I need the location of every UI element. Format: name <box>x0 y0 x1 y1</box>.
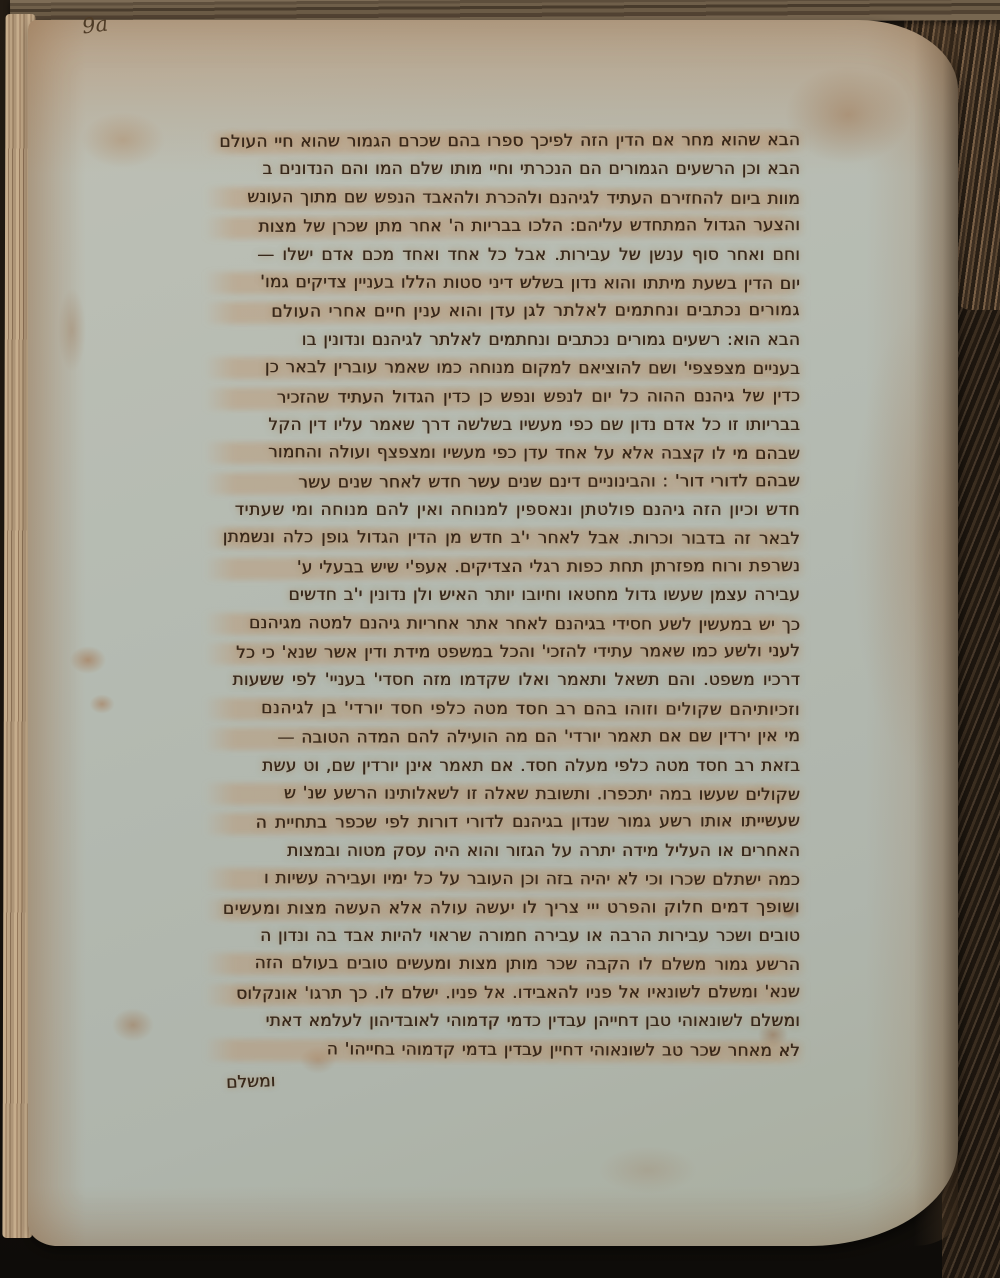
text-line: דרכיו משפט. והם תשאל ותאמר ואלו שקדמו מז… <box>212 666 800 694</box>
folio-number: 9a <box>81 12 110 39</box>
text-line: מי אין ירדין שם אם תאמר יורדי' הם מה הוע… <box>212 722 800 752</box>
text-line: נשרפת ורוח מפזרתן תחת כפות רגלי הצדיקים.… <box>212 552 800 582</box>
text-line: וזכיותיהם שקולים וזוהו בהם רב חסד מטה כל… <box>212 694 800 724</box>
catchword: ומשלם <box>226 1071 276 1093</box>
text-line: הבא שהוא מחר אם הדין הזה לפיכך ספרו בהם … <box>212 126 800 156</box>
text-line: לעני ולשע כמו שאמר עתידי להזכי' והכל במש… <box>212 637 800 667</box>
text-line: שבהם מי לו קצבה אלא על אחד עדן כפי מעשיו… <box>212 438 800 468</box>
text-block: הבא שהוא מחר אם הדין הזה לפיכך ספרו בהם … <box>212 127 800 1064</box>
text-line: הבא וכן הרשעים הגמורים הם הנכרתי וחיי מו… <box>212 155 800 183</box>
text-line: כמה ישתלם שכרו וכי לא יהיה בזה וכן העובר… <box>212 864 800 894</box>
text-line: האחרים או העליל מידה יתרה על הגזור והוא … <box>212 837 800 865</box>
text-line: עבירה עצמן שעשו גדול מחטאו וחיובו יותר ה… <box>212 581 800 609</box>
text-line: לא מאחר שכר טב לשונאוהי דחיין עבדין בדמי… <box>212 1034 800 1064</box>
text-line: כדין של גיהנם ההוה כל יום לנפש ונפש כן כ… <box>212 382 800 412</box>
text-line: הרשע גמור משלם לו הקבה שכר מותן מצות ומע… <box>212 949 800 979</box>
text-line: הבא הוא: רשעים גמורים נכתבים ונחתמים לאל… <box>212 326 800 354</box>
text-line: גמורים נכתבים ונחתמים לאלתר לגן עדן והוא… <box>212 296 800 326</box>
text-line: שבהם לדורי דור' : והבינוניים דינם שנים ע… <box>212 467 800 497</box>
text-line: כך יש במעשין לשע חסידי בגיהנם לאחר אתר א… <box>212 609 800 639</box>
text-line: לבאר זה בדבור וכרות. אבל לאחר י'ב חדש מן… <box>212 523 800 553</box>
text-line: טובים ושכר עבירות הרבה או עבירה חמורה שר… <box>212 922 800 950</box>
text-line: יום הדין בשעת מיתתו והוא נדון בשלש דיני … <box>212 268 800 298</box>
text-line: שקולים שעשו במה יתכפרו. ותשובת שאלה זו ל… <box>212 779 800 809</box>
text-line: בזאת רב חסד מטה כלפי מעלה חסד. אם תאמר א… <box>212 752 800 780</box>
manuscript-photo: 9a הבא שהוא מחר אם הדין הזה לפיכך ספרו ב… <box>0 0 1000 1278</box>
text-line: שעשייתו אותו רשע גמור שנדון בגיהנם לדורי… <box>212 807 800 837</box>
text-line: מוות ביום להחזירם העתיד לגיהנם ולהכרת ול… <box>212 183 800 213</box>
text-line: ומשלם לשונאוהי טבן דחייהן עבדין כדמי קדמ… <box>212 1007 800 1035</box>
text-line: ושופך דמים חלוק והפרט ייי צריך לו יעשה ע… <box>212 893 800 923</box>
text-line: בעניים מצפצפי' ושם להוציאם למקום מנוחה כ… <box>212 353 800 383</box>
text-line: וחם ואחר סוף ענשן של עבירות. אבל כל אחד … <box>212 241 800 269</box>
text-line: בבריותו זו כל אדם נדון שם כפי מעשיו בשלש… <box>212 411 800 439</box>
text-line: והצער הגדול המתחדש עליהם: הלכו בבריות ה'… <box>212 211 800 241</box>
text-line: חדש וכיון הזה גיהנם פולטתן ונאספין למנוח… <box>212 496 800 524</box>
text-line: שנא' ומשלם לשונאיו אל פניו להאבידו. אל פ… <box>212 978 800 1008</box>
